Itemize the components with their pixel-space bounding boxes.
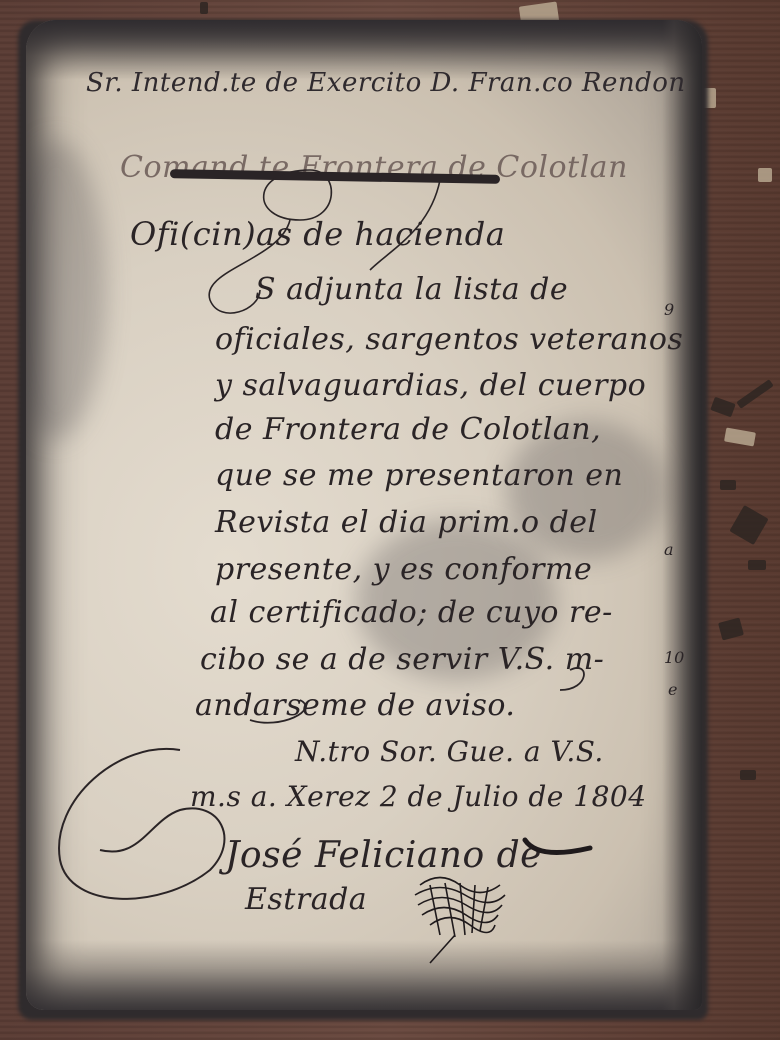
- addressee-header: Sr. Intend.te de Exercito D. Fran.co Ren…: [86, 68, 686, 98]
- margin-note-10: 10: [664, 648, 684, 667]
- burn-edge-right: [662, 20, 702, 1010]
- burn-edge-bottom: [26, 940, 702, 1010]
- margin-note-9: 9: [664, 300, 674, 319]
- ash-fragment: [729, 505, 768, 545]
- body-line-3: y salvaguardias, del cuerpo: [215, 368, 646, 403]
- ink-stain: [26, 140, 106, 440]
- closing-flourish: [240, 660, 660, 740]
- ash-fragment: [748, 560, 766, 570]
- subheading-flourish: [190, 160, 470, 330]
- paper-fragment: [758, 168, 772, 182]
- signature-flourish: [40, 740, 300, 940]
- margin-note-a: a: [664, 540, 674, 559]
- body-line-7: presente, y es conforme: [215, 552, 592, 587]
- signature-rubric-icon: [400, 865, 520, 965]
- ash-fragment: [200, 2, 208, 14]
- ash-fragment: [736, 379, 773, 408]
- body-line-5: que se me presentaron en: [215, 458, 623, 493]
- body-line-4: de Frontera de Colotlan,: [215, 412, 601, 447]
- ash-fragment: [720, 480, 736, 490]
- paper-fragment: [724, 428, 756, 447]
- signature-tail-stroke: [520, 820, 600, 860]
- ash-fragment: [740, 770, 756, 780]
- ash-fragment: [710, 397, 735, 418]
- body-line-8: al certificado; de cuyo re-: [210, 595, 613, 630]
- ash-fragment: [718, 617, 744, 640]
- margin-note-e: e: [668, 680, 677, 699]
- body-line-6: Revista el dia prim.o del: [215, 505, 598, 540]
